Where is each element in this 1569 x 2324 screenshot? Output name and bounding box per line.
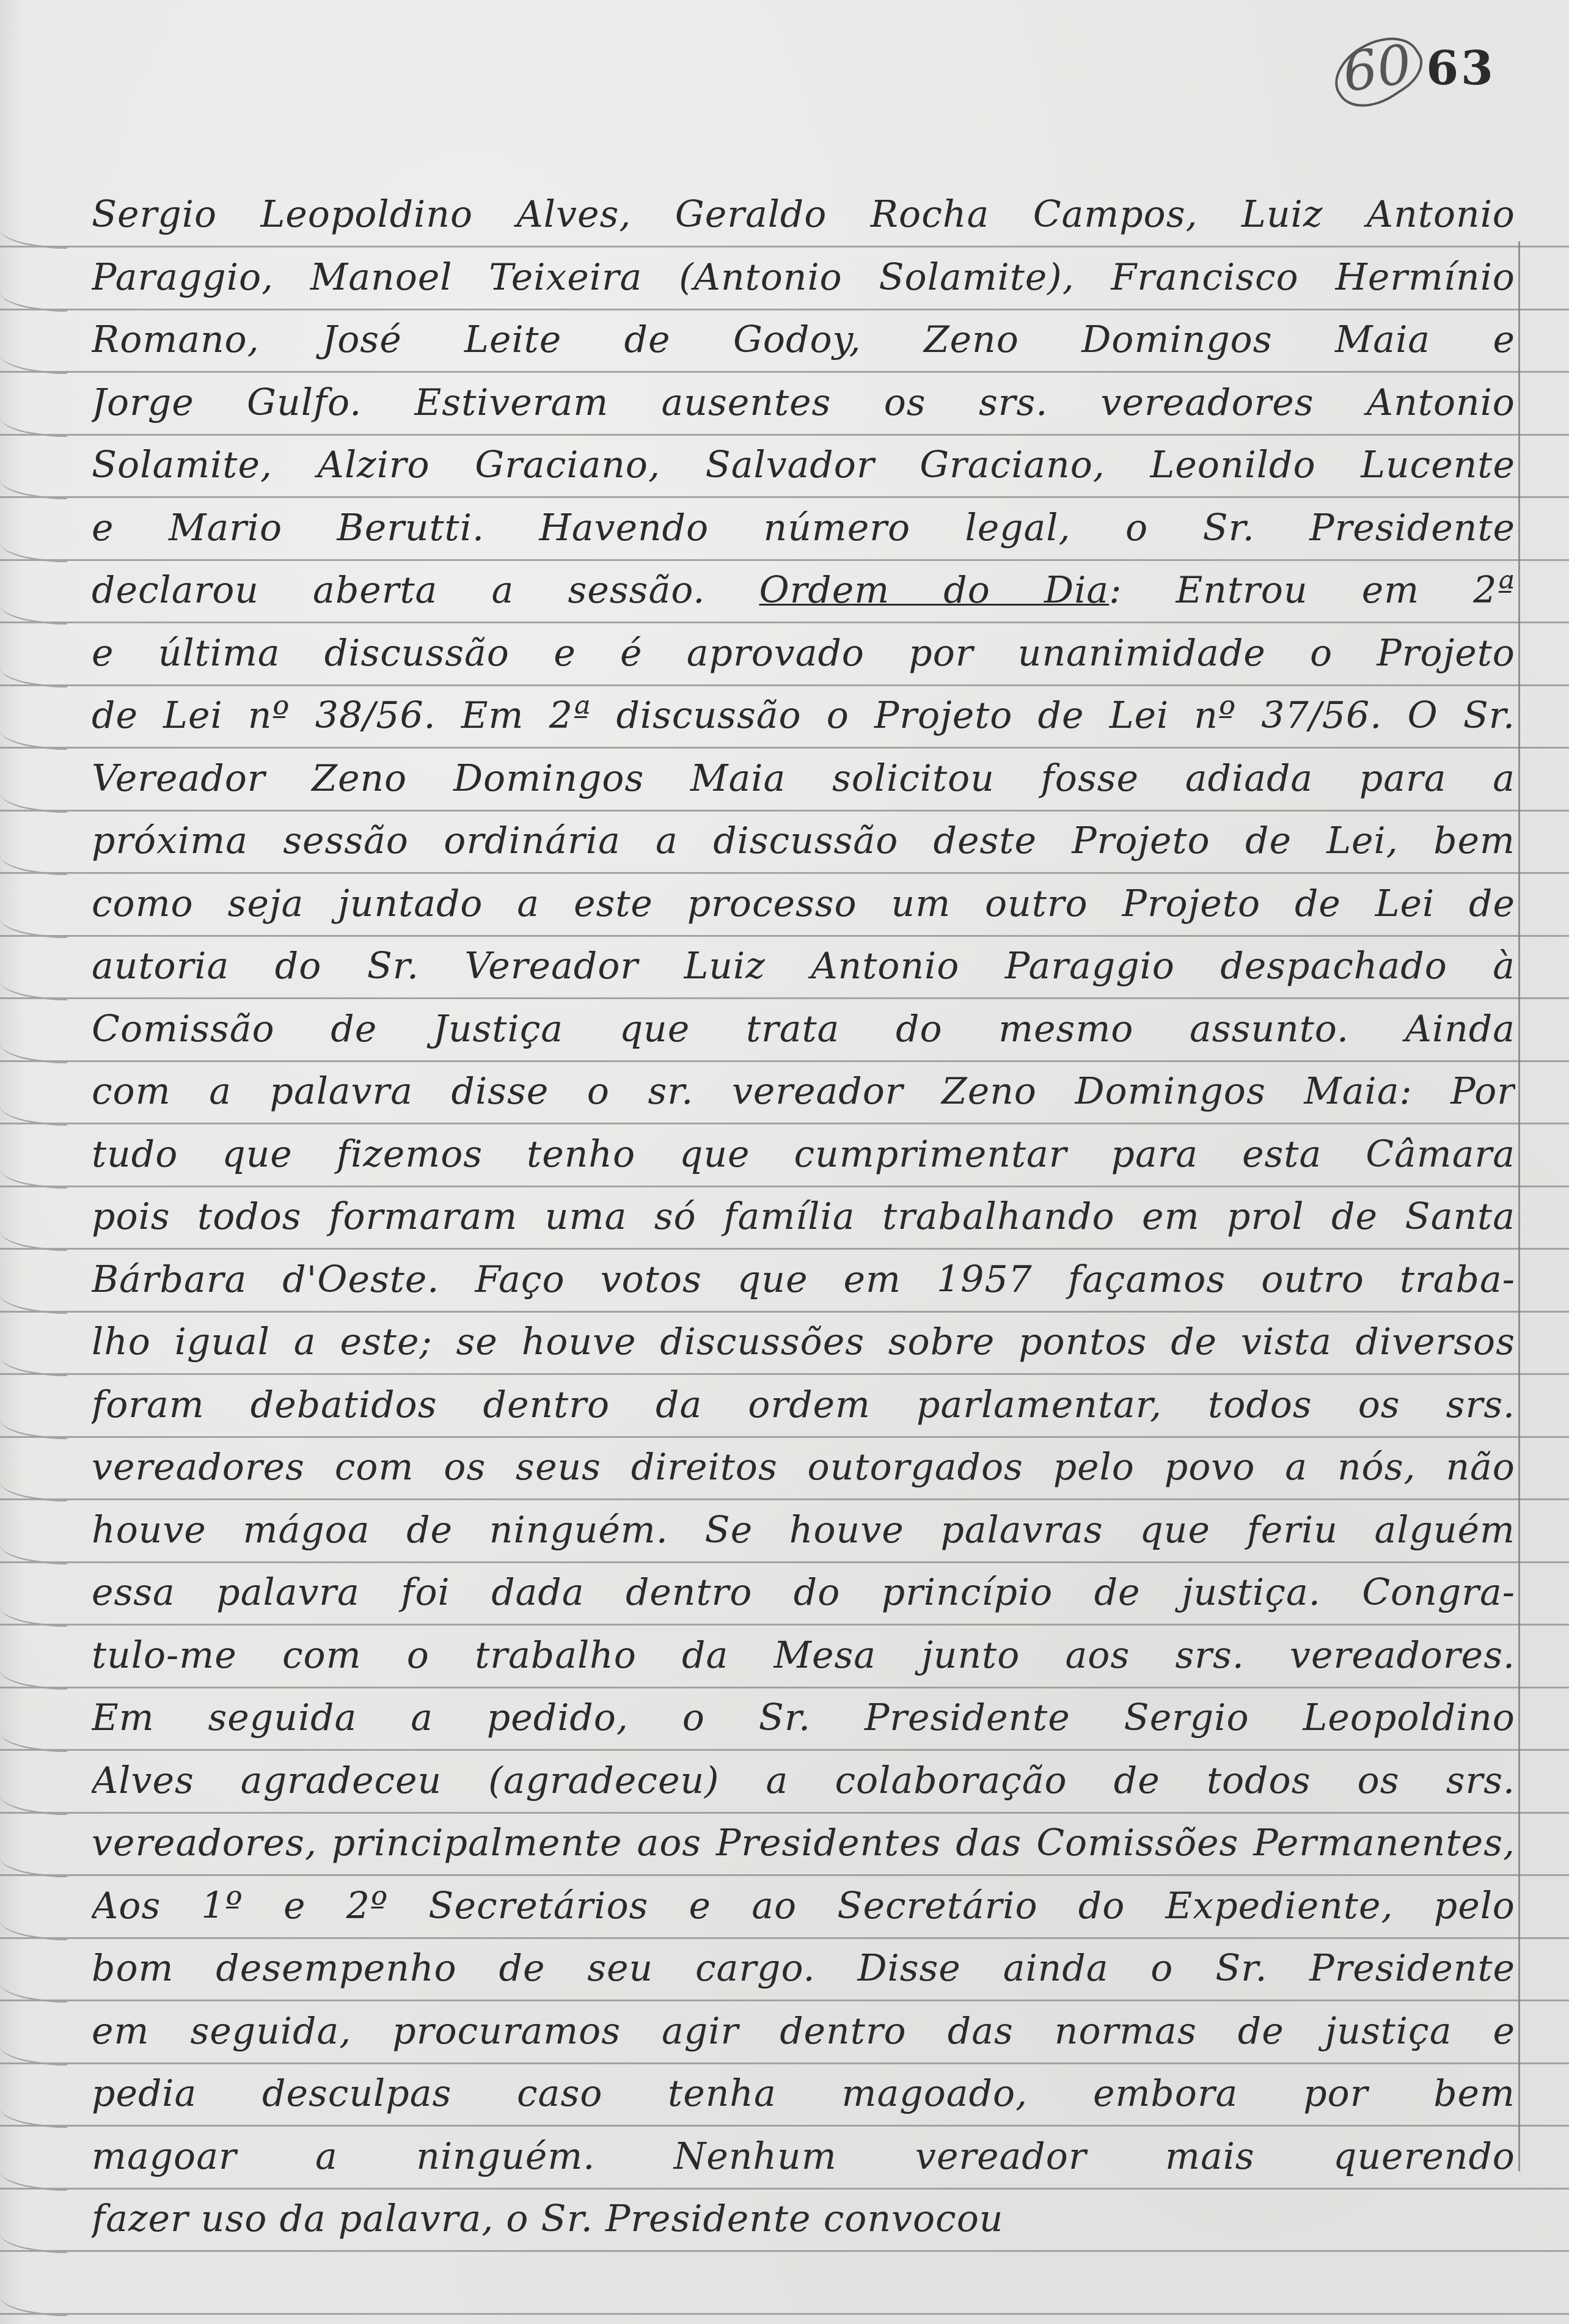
text-line: de Lei nº 38/56. Em 2ª discussão o Proje… [92, 684, 1515, 747]
text-line: Em seguida a pedido, o Sr. Presidente Se… [92, 1687, 1515, 1750]
text-line: autoria do Sr. Vereador Luiz Antonio Par… [92, 935, 1515, 998]
page-number: 63 [1426, 41, 1496, 95]
text-line: pedia desculpas caso tenha magoado, embo… [92, 2062, 1515, 2125]
text-line: e Mario Berutti. Havendo número legal, o… [92, 497, 1515, 560]
text-line: Solamite, Alziro Graciano, Salvador Grac… [92, 434, 1515, 497]
text-line: declarou aberta a sessão. Ordem do Dia: … [92, 559, 1515, 622]
binding-shadow [0, 0, 24, 2324]
text-line: Vereador Zeno Domingos Maia solicitou fo… [92, 747, 1515, 810]
text-line: vereadores com os seus direitos outorgad… [92, 1436, 1515, 1499]
text-line: Jorge Gulfo. Estiveram ausentes os srs. … [92, 372, 1515, 434]
text-line: pois todos formaram uma só família traba… [92, 1186, 1515, 1248]
text-line: em seguida, procuramos agir dentro das n… [92, 2000, 1515, 2063]
underlined-heading: Ordem do Dia [759, 569, 1109, 612]
text-line: Romano, José Leite de Godoy, Zeno Doming… [92, 309, 1515, 372]
text-line: com a palavra disse o sr. vereador Zeno … [92, 1060, 1515, 1123]
text-line: lho igual a este; se houve discussões so… [92, 1311, 1515, 1374]
page-header: 60 63 [1343, 37, 1496, 100]
text-line: vereadores, principalmente aos President… [92, 1812, 1515, 1875]
text-line: Bárbara d'Oeste. Faço votos que em 1957 … [92, 1248, 1515, 1311]
ruled-line [0, 2313, 1569, 2315]
text-line: magoar a ninguém. Nenhum vereador mais q… [92, 2125, 1515, 2188]
text-line: próxima sessão ordinária a discussão des… [92, 810, 1515, 873]
crossed-out-page-number: 60 [1339, 32, 1416, 104]
text-line: Sergio Leopoldino Alves, Geraldo Rocha C… [92, 183, 1515, 246]
text-line: Paraggio, Manoel Teixeira (Antonio Solam… [92, 246, 1515, 309]
text-line: houve mágoa de ninguém. Se houve palavra… [92, 1499, 1515, 1562]
text-line: Aos 1º e 2º Secretários e ao Secretário … [92, 1875, 1515, 1938]
handwritten-text: Sergio Leopoldino Alves, Geraldo Rocha C… [92, 183, 1515, 2251]
ledger-page: 60 63 Sergio Leopoldino Alves, Geraldo R… [0, 0, 1569, 2324]
right-margin-line [1518, 241, 1520, 2171]
text-line: tudo que fizemos tenho que cumprimentar … [92, 1123, 1515, 1186]
text-line: fazer uso da palavra, o Sr. Presidente c… [92, 2188, 1515, 2251]
text-line: e última discussão e é aprovado por unan… [92, 622, 1515, 685]
text-line: bom desempenho de seu cargo. Disse ainda… [92, 1937, 1515, 2000]
text-line: tulo-me com o trabalho da Mesa junto aos… [92, 1624, 1515, 1687]
text-line: essa palavra foi dada dentro do princípi… [92, 1561, 1515, 1624]
text-line: Comissão de Justiça que trata do mesmo a… [92, 998, 1515, 1061]
text-line: como seja juntado a este processo um out… [92, 873, 1515, 936]
text-line: foram debatidos dentro da ordem parlamen… [92, 1374, 1515, 1437]
text-line: Alves agradeceu (agradeceu) a colaboraçã… [92, 1750, 1515, 1813]
